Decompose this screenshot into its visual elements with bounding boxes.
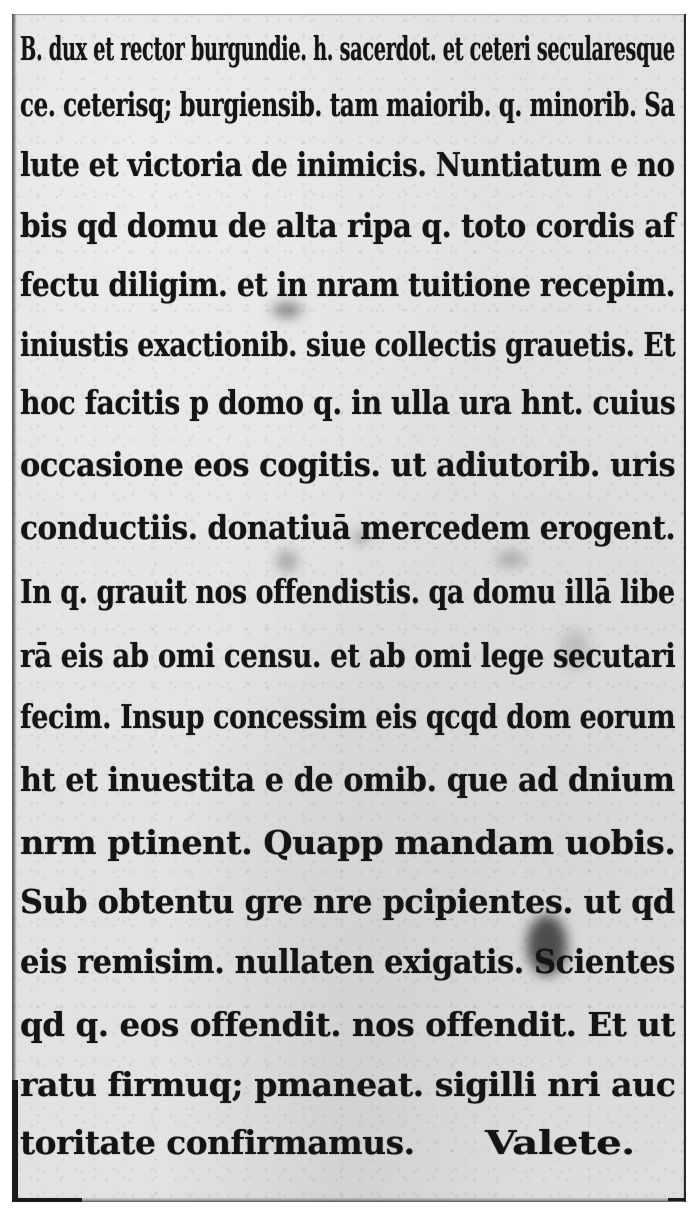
page-left-edge-shadow	[12, 1080, 18, 1202]
text-line-16: eis remisim. nullaten exigatis. Scientes	[20, 945, 675, 978]
text-line-7: hoc facitis p domo q. in ulla ura hnt. c…	[20, 386, 675, 419]
text-line-19: toritate confirmamus.	[20, 1126, 415, 1159]
page-bottom-edge-left	[12, 1198, 82, 1202]
page-right-edge	[684, 14, 686, 1202]
page-bottom-edge-right	[668, 1198, 686, 1201]
text-line-9: conductiis. donatiuā mercedem erogent.	[20, 511, 675, 544]
text-line-17: qd q. eos offendit. nos offendit. Et ut	[20, 1008, 675, 1041]
text-line-15: Sub obtentu gre nre pcipientes. ut qd	[20, 885, 675, 918]
text-line-5: fectu diligim. et in nram tuitione recep…	[20, 268, 675, 301]
text-line-1: B. dux et rector burgundie. h. sacerdot.…	[20, 32, 675, 65]
text-line-2: ce. ceterisq; burgiensib. tam maiorib. q…	[20, 88, 675, 121]
text-line-8: occasione eos cogitis. ut adiutorib. uri…	[20, 448, 675, 481]
text-line-11: rā eis ab omi censu. et ab omi lege secu…	[20, 639, 675, 672]
text-line-18: ratu firmuq; pmaneat. sigilli nri auc	[20, 1068, 675, 1101]
text-line-12: fecim. Insup concessim eis qcqd dom eoru…	[20, 700, 675, 733]
text-line-3: lute et victoria de inimicis. Nuntiatum …	[20, 148, 675, 181]
text-line-14: nrm ptinent. Quapp mandam uobis.	[20, 826, 675, 859]
closing-valete: Valete.	[485, 1126, 635, 1159]
text-line-6: iniustis exactionib. siue collectis grau…	[20, 328, 675, 361]
text-line-13: ht et inuestita e de omib. que ad dnium	[20, 763, 675, 796]
text-line-4: bis qd domu de alta ripa q. toto cordis …	[20, 209, 675, 242]
text-line-10: In q. grauit nos offendistis. qa domu il…	[20, 575, 675, 608]
